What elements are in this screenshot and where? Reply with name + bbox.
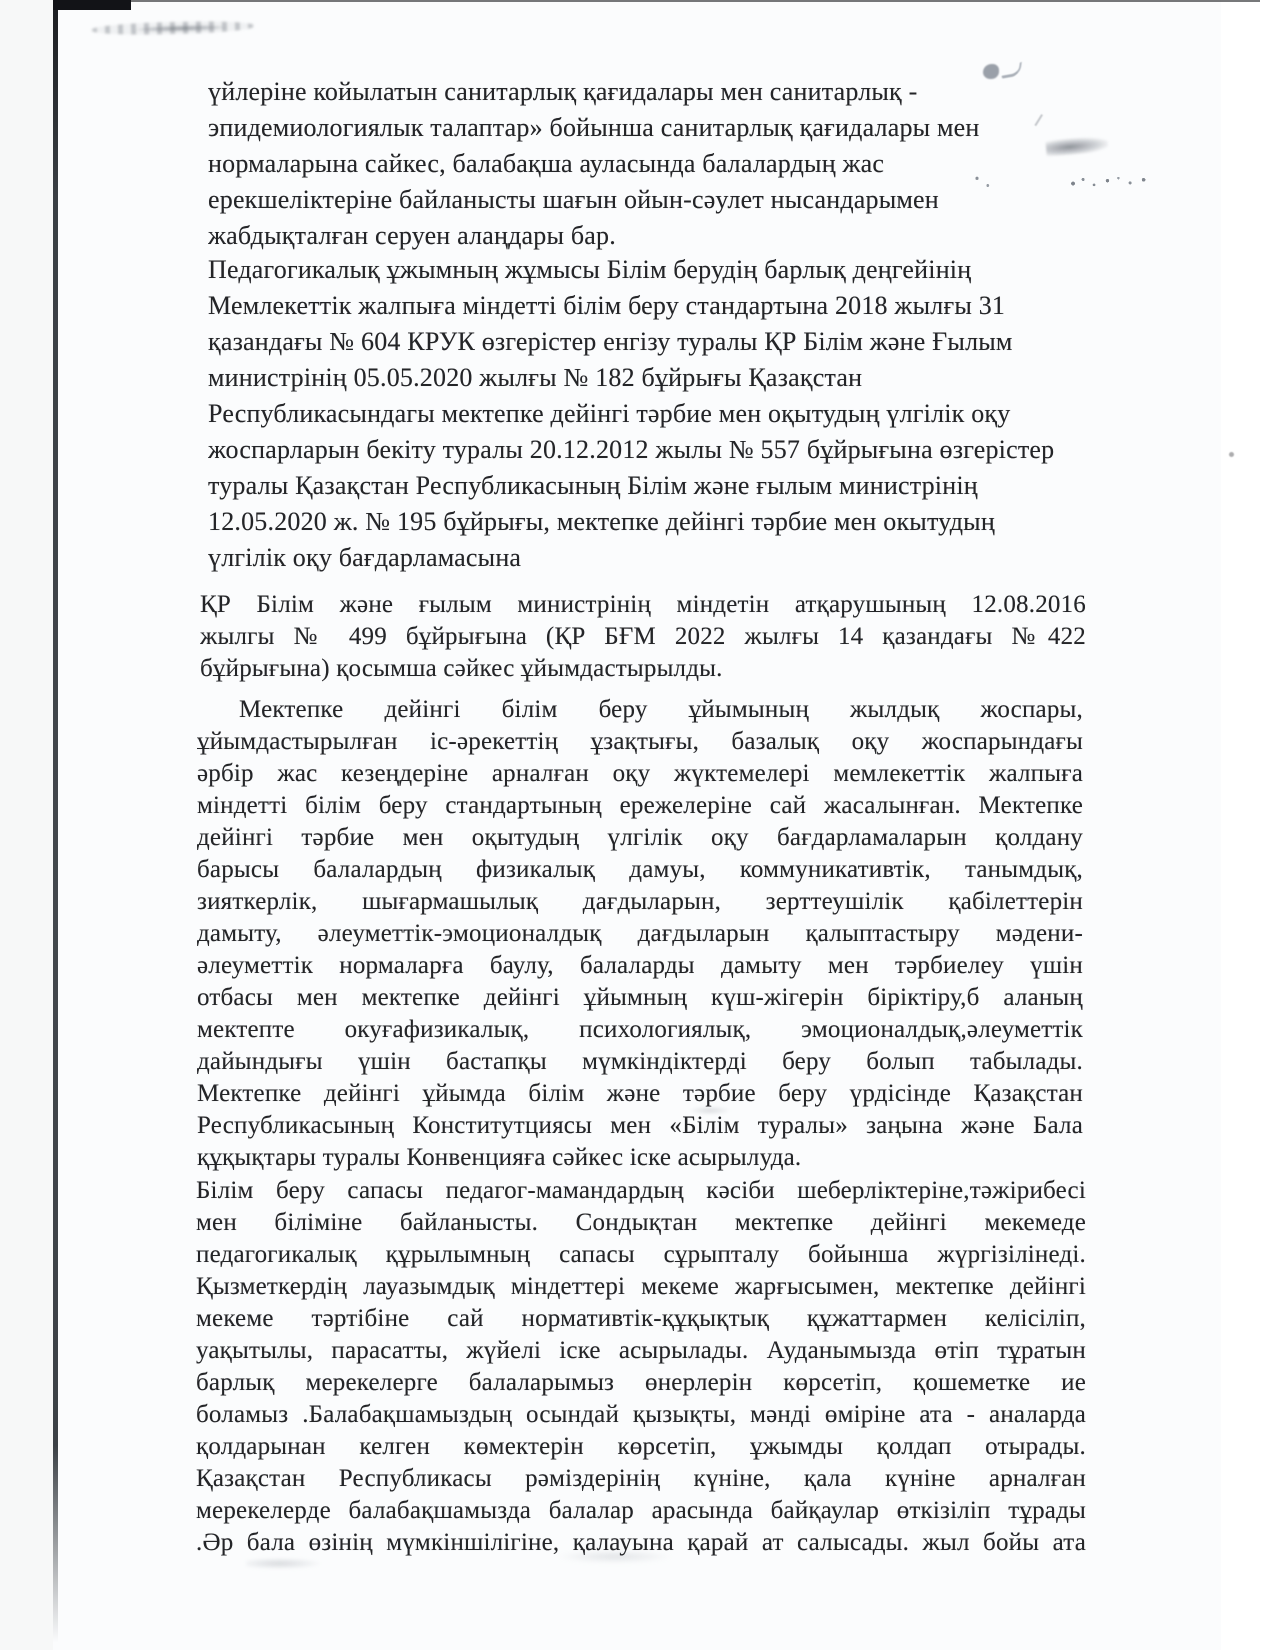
text-line: .Әр бала өзінің мүмкіншілігіне, қалауына… xyxy=(196,1527,1086,1559)
top-scan-edge-line xyxy=(55,0,1260,2)
text-line: Білім беру сапасы педагог-мамандардың кә… xyxy=(196,1175,1086,1207)
text-line: Республикасындагы мектепке дейінгі тәрби… xyxy=(208,396,1208,432)
left-scan-edge-line xyxy=(53,0,58,1643)
text-line: барысы балалардың физикалық дамуы, комму… xyxy=(197,854,1083,886)
text-line: әрбір жас кезеңдеріне арналған оқу жүкте… xyxy=(197,758,1083,790)
text-line: туралы Қазақстан Республикасының Білім ж… xyxy=(208,468,1208,504)
paragraph-annual-plan: Мектепке дейінгі білім беру ұйымының жыл… xyxy=(197,694,1083,1174)
text-line: қазандағы № 604 КРУК өзгерістер енгізу т… xyxy=(208,324,1208,360)
text-line: отбасы мен мектепке дейінгі ұйымның күш-… xyxy=(197,982,1083,1014)
text-line: жылгы № 499 бұйрығына (ҚР БҒМ 2022 жылғы… xyxy=(200,621,1086,653)
faint-bottom-smudge-left xyxy=(246,1558,320,1569)
text-line: Қазақстан Республикасы рәміздерінің күні… xyxy=(196,1463,1086,1495)
scanned-document-page: үйлеріне койылатын санитарлық қағидалары… xyxy=(0,0,1275,1650)
text-line: қолдарынан келген көмектерін көрсетіп, ұ… xyxy=(196,1431,1086,1463)
text-line: барлық мерекелерге балаларымыз өнерлерін… xyxy=(196,1367,1086,1399)
text-line: Мектепке дейінгі білім беру ұйымының жыл… xyxy=(197,694,1083,726)
text-line: әлеуметтік нормаларға баулу, балаларды д… xyxy=(197,950,1083,982)
text-line: мерекелерде балабақшамызда балалар арасы… xyxy=(196,1495,1086,1527)
black-corner-mark xyxy=(53,0,131,10)
paragraph-order-499: ҚР Білім және ғылым министрінің міндетін… xyxy=(200,589,1086,685)
scan-margin-strip xyxy=(0,0,53,1650)
text-line: үйлеріне койылатын санитарлық қағидалары… xyxy=(208,74,1188,110)
text-line: мектепте окуғафизикалық, психологиялық, … xyxy=(197,1014,1083,1046)
text-line: міндетті білім беру стандартының ережеле… xyxy=(197,790,1083,822)
paragraph-pedagogical-standards: Педагогикалық ұжымның жұмысы Білім беруд… xyxy=(208,252,1208,576)
text-line: Педагогикалық ұжымның жұмысы Білім беруд… xyxy=(208,252,1208,288)
text-line: ҚР Білім және ғылым министрінің міндетін… xyxy=(200,589,1086,621)
text-line: Қызметкердің лауазымдық міндеттері мекем… xyxy=(196,1271,1086,1303)
text-line: Мектепке дейінгі ұйымда білім және тәрби… xyxy=(197,1078,1083,1110)
text-line: мекеме тәртібіне сай нормативтік-құқықты… xyxy=(196,1303,1086,1335)
gray-pen-scribble xyxy=(92,20,254,36)
text-line: боламыз .Балабақшамыздың осындай қызықты… xyxy=(196,1399,1086,1431)
text-line: бұйрығына) қосымша сәйкес ұйымдастырылды… xyxy=(200,653,1086,685)
stray-dot-mark xyxy=(1229,452,1234,457)
text-line: Мемлекеттік жалпыға міндетті білім беру … xyxy=(208,288,1208,324)
text-line: Республикасының Конститутциясы мен «Білі… xyxy=(197,1110,1083,1142)
paragraph-education-quality: Білім беру сапасы педагог-мамандардың кә… xyxy=(196,1175,1086,1559)
text-line: үлгілік оқу бағдарламасына xyxy=(208,540,1208,576)
scan-tonal-edge-right xyxy=(1221,0,1275,1650)
text-line: нормаларына сайкес, балабақша ауласында … xyxy=(208,146,1188,182)
text-line: құқықтары туралы Конвенцияға сәйкес іске… xyxy=(197,1142,1083,1174)
text-line: дейінгі тәрбие мен оқытудың үлгілік оқу … xyxy=(197,822,1083,854)
text-line: дамыту, әлеуметтік-эмоционалдық дағдылар… xyxy=(197,918,1083,950)
text-line: зияткерлік, шығармашылық дағдыларын, зер… xyxy=(197,886,1083,918)
text-line: жоспарларын бекіту туралы 20.12.2012 жыл… xyxy=(208,432,1208,468)
paragraph-sanitary-rules: үйлеріне койылатын санитарлық қағидалары… xyxy=(208,74,1188,254)
text-line: дайындығы үшін бастапқы мүмкіндіктерді б… xyxy=(197,1046,1083,1078)
text-line: министрінің 05.05.2020 жылғы № 182 бұйры… xyxy=(208,360,1208,396)
text-line: 12.05.2020 ж. № 195 бұйрығы, мектепке де… xyxy=(208,504,1208,540)
text-line: уақытылы, парасатты, жүйелі іске асырыла… xyxy=(196,1335,1086,1367)
text-line: жабдықталған серуен алаңдары бар. xyxy=(208,218,1188,254)
text-line: педагогикалық құрылымның сапасы сұрыптал… xyxy=(196,1239,1086,1271)
text-line: мен біліміне байланысты. Сондықтан мекте… xyxy=(196,1207,1086,1239)
text-line: ұйымдастырылған іс-әрекеттің ұзақтығы, б… xyxy=(197,726,1083,758)
text-line: ерекшеліктеріне байланысты шағын ойын-сә… xyxy=(208,182,1188,218)
text-line: эпидемиологиялык талаптар» бойынша санит… xyxy=(208,110,1188,146)
